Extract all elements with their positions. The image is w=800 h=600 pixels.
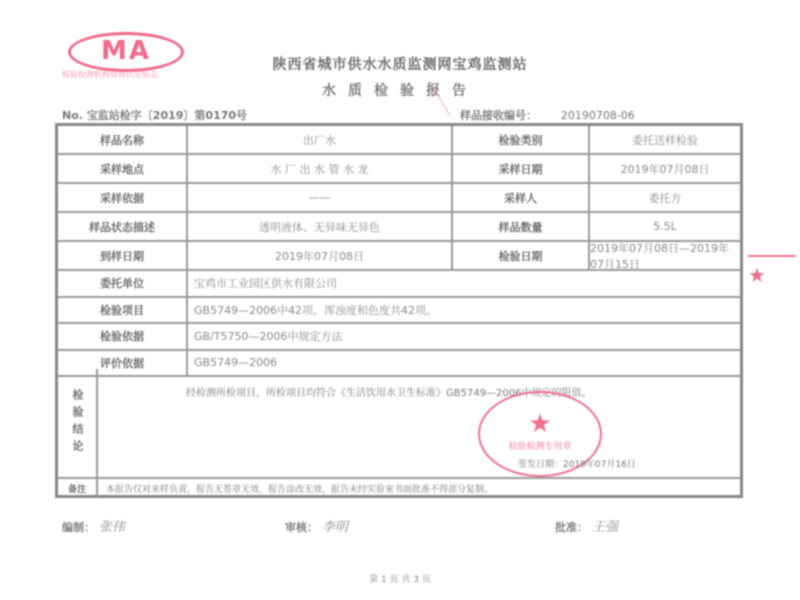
conclusion-text: 经检测所检项目，所检项目均符合《生活饮用水卫生标准》GB5749—2006中规定…: [106, 387, 730, 401]
conclusion-label: 检验结论: [58, 369, 98, 477]
approved-signature: 王强: [592, 520, 618, 535]
report-page: MA 检验检测机构资质认定标志 陕西省城市供水水质监测网宝鸡监测站 水质检验报告…: [0, 0, 800, 600]
field-value: 委托送样检验: [590, 126, 740, 153]
remark-label: 备注: [58, 479, 98, 498]
reviewed-by: 审核：李明: [285, 516, 348, 535]
table-row: 检验项目GB5749—2006中42项、浑浊度和色度共42项。: [58, 298, 740, 325]
field-label: 检验类别: [453, 126, 590, 153]
table-row: 委托单位宝鸡市工业园区供水有限公司: [58, 271, 740, 298]
field-value: 宝鸡市工业园区供水有限公司: [188, 271, 740, 296]
report-number: No. 宝监站检字〔2019〕第0170号: [62, 107, 247, 123]
field-label: 检验依据: [58, 324, 188, 349]
sample-no-value: 20190708-06: [561, 109, 635, 122]
field-value: 委托方: [590, 184, 740, 211]
sample-no-label: 样品接收编号：: [460, 109, 537, 122]
side-stamp-star-icon: ★: [748, 263, 798, 287]
field-label: 委托单位: [58, 271, 188, 296]
field-label: 采样依据: [58, 184, 188, 211]
field-value: GB/T5750—2006中规定方法: [188, 324, 740, 349]
issue-date: 签发日期：2019年07月16日: [518, 457, 636, 470]
field-value: 5.5L: [590, 213, 740, 240]
field-value: 2019年07月08日: [188, 242, 453, 269]
remark-text: 本报告仅对来样负责，报告无签章无效，报告涂改无效，报告未经实验室书面批准不得部分…: [98, 479, 493, 498]
field-label: 检验项目: [58, 298, 188, 323]
approved-by: 批准：王强: [555, 516, 618, 535]
page-number: 第 1 页 共 3 页: [340, 572, 460, 585]
field-value: 出厂水: [188, 126, 453, 153]
cma-caption: 检验检测机构资质认定标志: [62, 70, 192, 80]
report-no-value: 宝监站检字〔2019〕第0170号: [87, 109, 247, 122]
prepared-signature: 张伟: [99, 520, 125, 535]
table-row: 采样依据——采样人委托方: [58, 184, 740, 213]
field-label: 采样地点: [58, 155, 188, 182]
field-value: 2019年07月08日—2019年07月15日: [590, 242, 740, 269]
field-value: 透明液体、无异味无异色: [188, 213, 453, 240]
field-value: GB5749—2006中42项、浑浊度和色度共42项。: [188, 298, 740, 323]
report-no-label: No.: [62, 109, 83, 122]
prepared-by: 编制：张伟: [62, 516, 125, 535]
document-title: 水质检验报告: [200, 80, 600, 100]
field-label: 样品名称: [58, 126, 188, 153]
organization-title: 陕西省城市供水水质监测网宝鸡监测站: [200, 54, 600, 74]
table-row: 样品状态描述透明液体、无异味无异色样品数量5.5L: [58, 213, 740, 242]
field-label: 样品状态描述: [58, 213, 188, 240]
sample-number: 样品接收编号： 20190708-06: [460, 107, 635, 123]
field-label: 样品数量: [453, 213, 590, 240]
seal-star-icon: ★: [480, 409, 600, 439]
reviewed-signature: 李明: [322, 520, 348, 535]
field-value: ——: [188, 184, 453, 211]
side-seam-stamp: ★: [748, 255, 798, 325]
field-label: 采样人: [453, 184, 590, 211]
conclusion-section: 检验结论 经检测所检项目，所检项目均符合《生活饮用水卫生标准》GB5749—20…: [58, 369, 740, 479]
field-label: 采样日期: [453, 155, 590, 182]
report-table: 样品名称出厂水检验类别委托送样检验采样地点水 厂 出 水 管 水 龙采样日期20…: [55, 123, 743, 498]
field-label: 到样日期: [58, 242, 188, 269]
cma-logo: MA: [68, 32, 184, 72]
field-value: 2019年07月08日: [590, 155, 740, 182]
field-label: 检验日期: [453, 242, 590, 269]
cma-mark-text: MA: [101, 36, 151, 66]
prepared-label: 编制：: [62, 521, 95, 534]
table-row: 样品名称出厂水检验类别委托送样检验: [58, 126, 740, 155]
field-value: 水 厂 出 水 管 水 龙: [188, 155, 453, 182]
remark-row: 备注 本报告仅对来样负责，报告无签章无效，报告涂改无效，报告未经实验室书面批准不…: [58, 479, 740, 498]
seal-text: 检验检测专用章: [508, 442, 571, 452]
approved-label: 批准：: [555, 521, 588, 534]
reviewed-label: 审核：: [285, 521, 318, 534]
table-row: 到样日期2019年07月08日检验日期2019年07月08日—2019年07月1…: [58, 242, 740, 271]
table-row: 检验依据GB/T5750—2006中规定方法: [58, 324, 740, 351]
table-row: 采样地点水 厂 出 水 管 水 龙采样日期2019年07月08日: [58, 155, 740, 184]
